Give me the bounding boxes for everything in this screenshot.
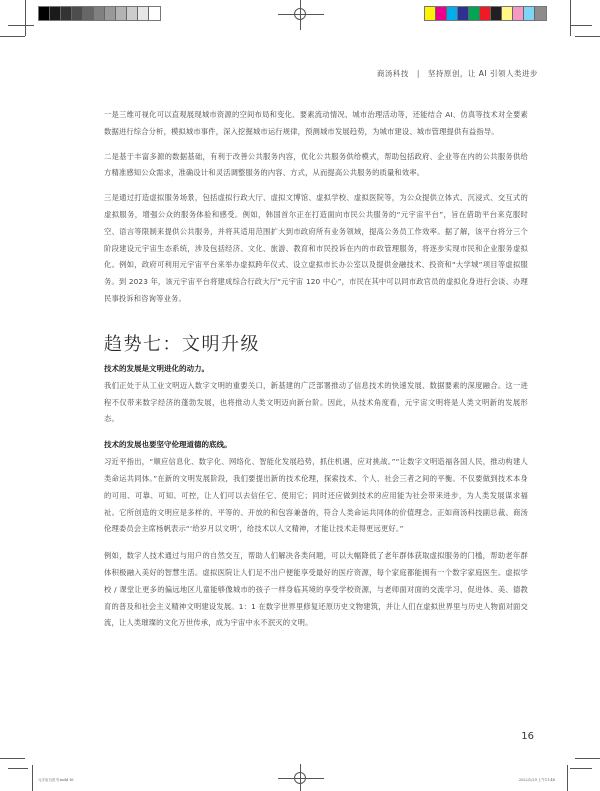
grayscale-swatch bbox=[127, 7, 138, 20]
paragraph-public-services: 二是基于丰富多源的数据基础，有利于改善公共服务内容，优化公共服务供给模式，帮助包… bbox=[104, 149, 528, 183]
paragraph-virtual-services: 三是通过打造虚拟服务场景，包括虚拟行政大厅、虚拟文博馆、虚拟学校、虚拟医院等，为… bbox=[104, 190, 528, 308]
crop-mark-top-left-h bbox=[0, 36, 25, 37]
subhead-driving-force: 技术的发展是文明进化的动力。 bbox=[104, 362, 528, 376]
crop-mark-bottom-right-h bbox=[575, 758, 600, 759]
paragraph-tech-ethics: 习近平指出，“顺应信息化、数字化、网络化、智能化发展趋势，抓住机遇，应对挑战。”… bbox=[104, 454, 528, 538]
process-color-swatch bbox=[491, 7, 502, 20]
grayscale-swatch bbox=[149, 7, 160, 20]
grayscale-swatch bbox=[39, 7, 50, 20]
crop-mark-bottom-left-h2 bbox=[8, 768, 28, 769]
crop-mark-bottom-left-h bbox=[0, 758, 25, 759]
grayscale-swatch bbox=[61, 7, 72, 20]
slug-filename: 元宇宙白皮书.indd 16 bbox=[38, 778, 74, 783]
grayscale-swatch bbox=[138, 7, 149, 20]
process-color-swatch bbox=[535, 7, 546, 20]
process-color-swatch bbox=[480, 7, 491, 20]
grayscale-swatch bbox=[72, 7, 83, 20]
registration-mark-top bbox=[278, 2, 324, 28]
process-color-swatch bbox=[502, 7, 513, 20]
process-color-swatch bbox=[447, 7, 458, 20]
subhead-ethics: 技术的发展也要坚守伦理道德的底线。 bbox=[104, 438, 528, 452]
crop-mark-top-right-h bbox=[575, 36, 600, 37]
registration-mark-bottom bbox=[278, 766, 324, 791]
grayscale-swatch bbox=[105, 7, 116, 20]
grayscale-color-bar bbox=[38, 6, 161, 21]
grayscale-swatch bbox=[83, 7, 94, 20]
paragraph-visualization: 一是三维可视化可以直观展现城市资源的空间布局和变化、要素流动情况、城市治理活动等… bbox=[104, 107, 528, 141]
paragraph-digital-civilization: 我们正处于从工业文明迈入数字文明的重要关口，新基建的广泛部署推动了信息技术的快速… bbox=[104, 378, 528, 428]
process-color-swatch bbox=[458, 7, 469, 20]
crop-mark-bottom-left-v bbox=[32, 765, 33, 791]
grayscale-swatch bbox=[116, 7, 127, 20]
process-color-swatch bbox=[469, 7, 480, 20]
process-color-swatch bbox=[436, 7, 447, 20]
process-color-bar bbox=[424, 6, 547, 21]
paragraph-examples: 例如，数字人技术通过与用户的自然交互，帮助人们解决各类问题，可以大幅降低了老年群… bbox=[104, 548, 528, 632]
page-number: 16 bbox=[521, 731, 534, 742]
grayscale-swatch bbox=[50, 7, 61, 20]
process-color-swatch bbox=[524, 7, 535, 20]
crop-mark-top-left-h2 bbox=[8, 25, 34, 26]
page-body: 一是三维可视化可以直观展现城市资源的空间布局和变化、要素流动情况、城市治理活动等… bbox=[104, 107, 528, 640]
crop-mark-bottom-right-h2 bbox=[570, 768, 592, 769]
section-title: 趋势七：文明升级 bbox=[104, 330, 528, 356]
crop-mark-top-right-v bbox=[570, 0, 571, 36]
running-header: 商汤科技 | 坚持原创，让 AI 引领人类进步 bbox=[377, 68, 538, 79]
header-slogan: 坚持原创，让 AI 引领人类进步 bbox=[428, 68, 538, 79]
section-block-ethics: 技术的发展也要坚守伦理道德的底线。 习近平指出，“顺应信息化、数字化、网络化、智… bbox=[104, 438, 528, 538]
grayscale-swatch bbox=[94, 7, 105, 20]
section-block-driving-force: 技术的发展是文明进化的动力。 我们正处于从工业文明迈入数字文明的重要关口，新基建… bbox=[104, 362, 528, 428]
header-company: 商汤科技 bbox=[377, 68, 409, 79]
process-color-swatch bbox=[513, 7, 524, 20]
crop-mark-top-left-v bbox=[25, 0, 26, 36]
process-color-swatch bbox=[425, 7, 436, 20]
slug-timestamp: 2022/1/29 上午11:48 bbox=[519, 778, 555, 783]
crop-mark-bottom-right-v bbox=[567, 765, 568, 791]
header-separator: | bbox=[417, 69, 420, 78]
crop-mark-top-right-h2 bbox=[570, 25, 592, 26]
